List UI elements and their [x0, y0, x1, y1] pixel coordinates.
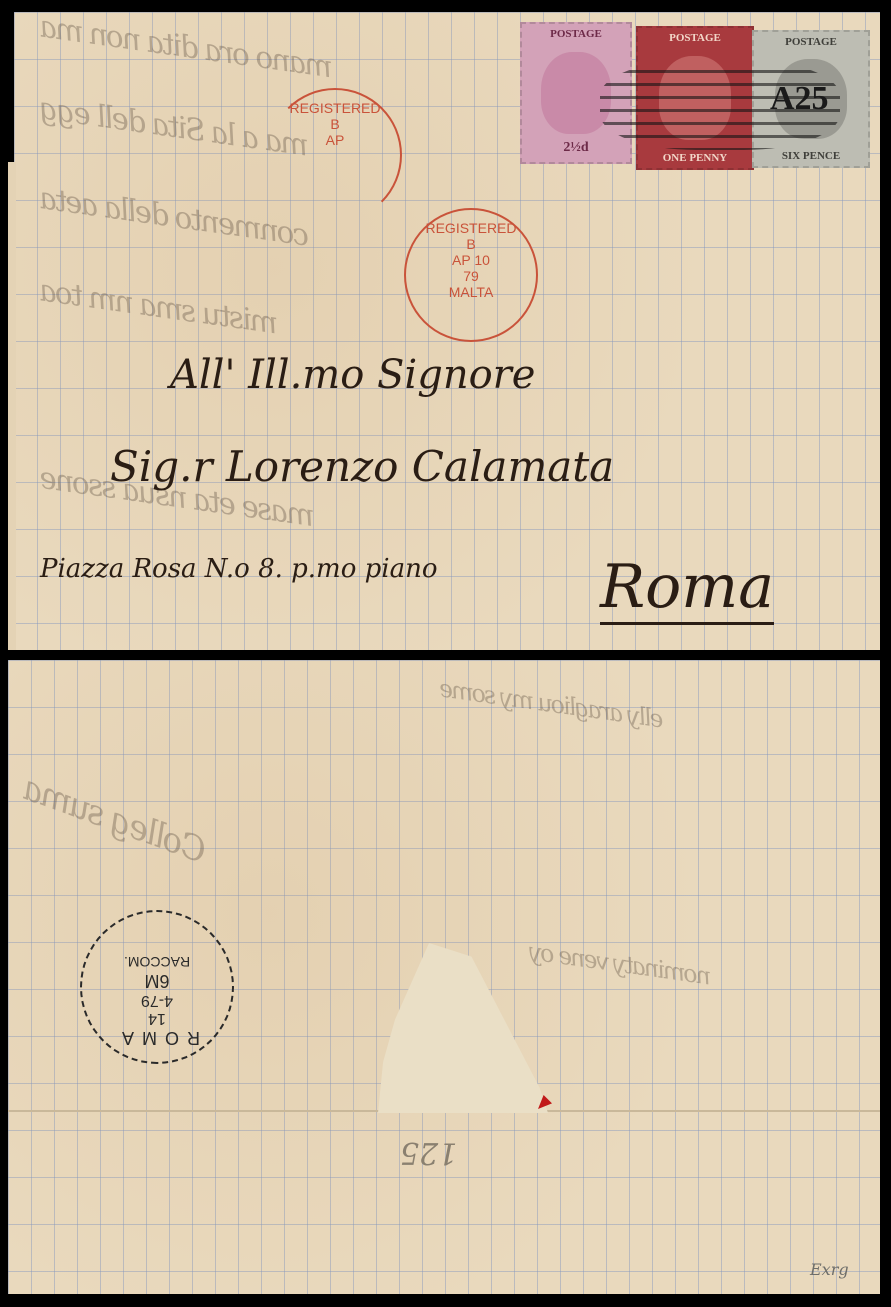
- pencil-number: 125: [400, 1135, 457, 1170]
- registered-postmark-malta: REGISTERED B AP 10 79 MALTA: [404, 208, 538, 342]
- address-street: Piazza Rosa N.o 8. p.mo piano: [40, 554, 438, 584]
- address-name: Sig.r Lorenzo Calamata: [110, 442, 614, 491]
- roma-arrival-postmark: ROMA 14 4-79 6M RACCOM.: [80, 910, 234, 1064]
- pencil-note: Exrg: [810, 1260, 849, 1279]
- address-city: Roma: [600, 552, 774, 625]
- cover-inner-edge: [8, 162, 16, 650]
- address-salutation: All' Ill.mo Signore: [170, 352, 535, 398]
- cancel-number: A25: [770, 80, 829, 118]
- registered-postmark-partial: REGISTERED B AP: [268, 88, 402, 222]
